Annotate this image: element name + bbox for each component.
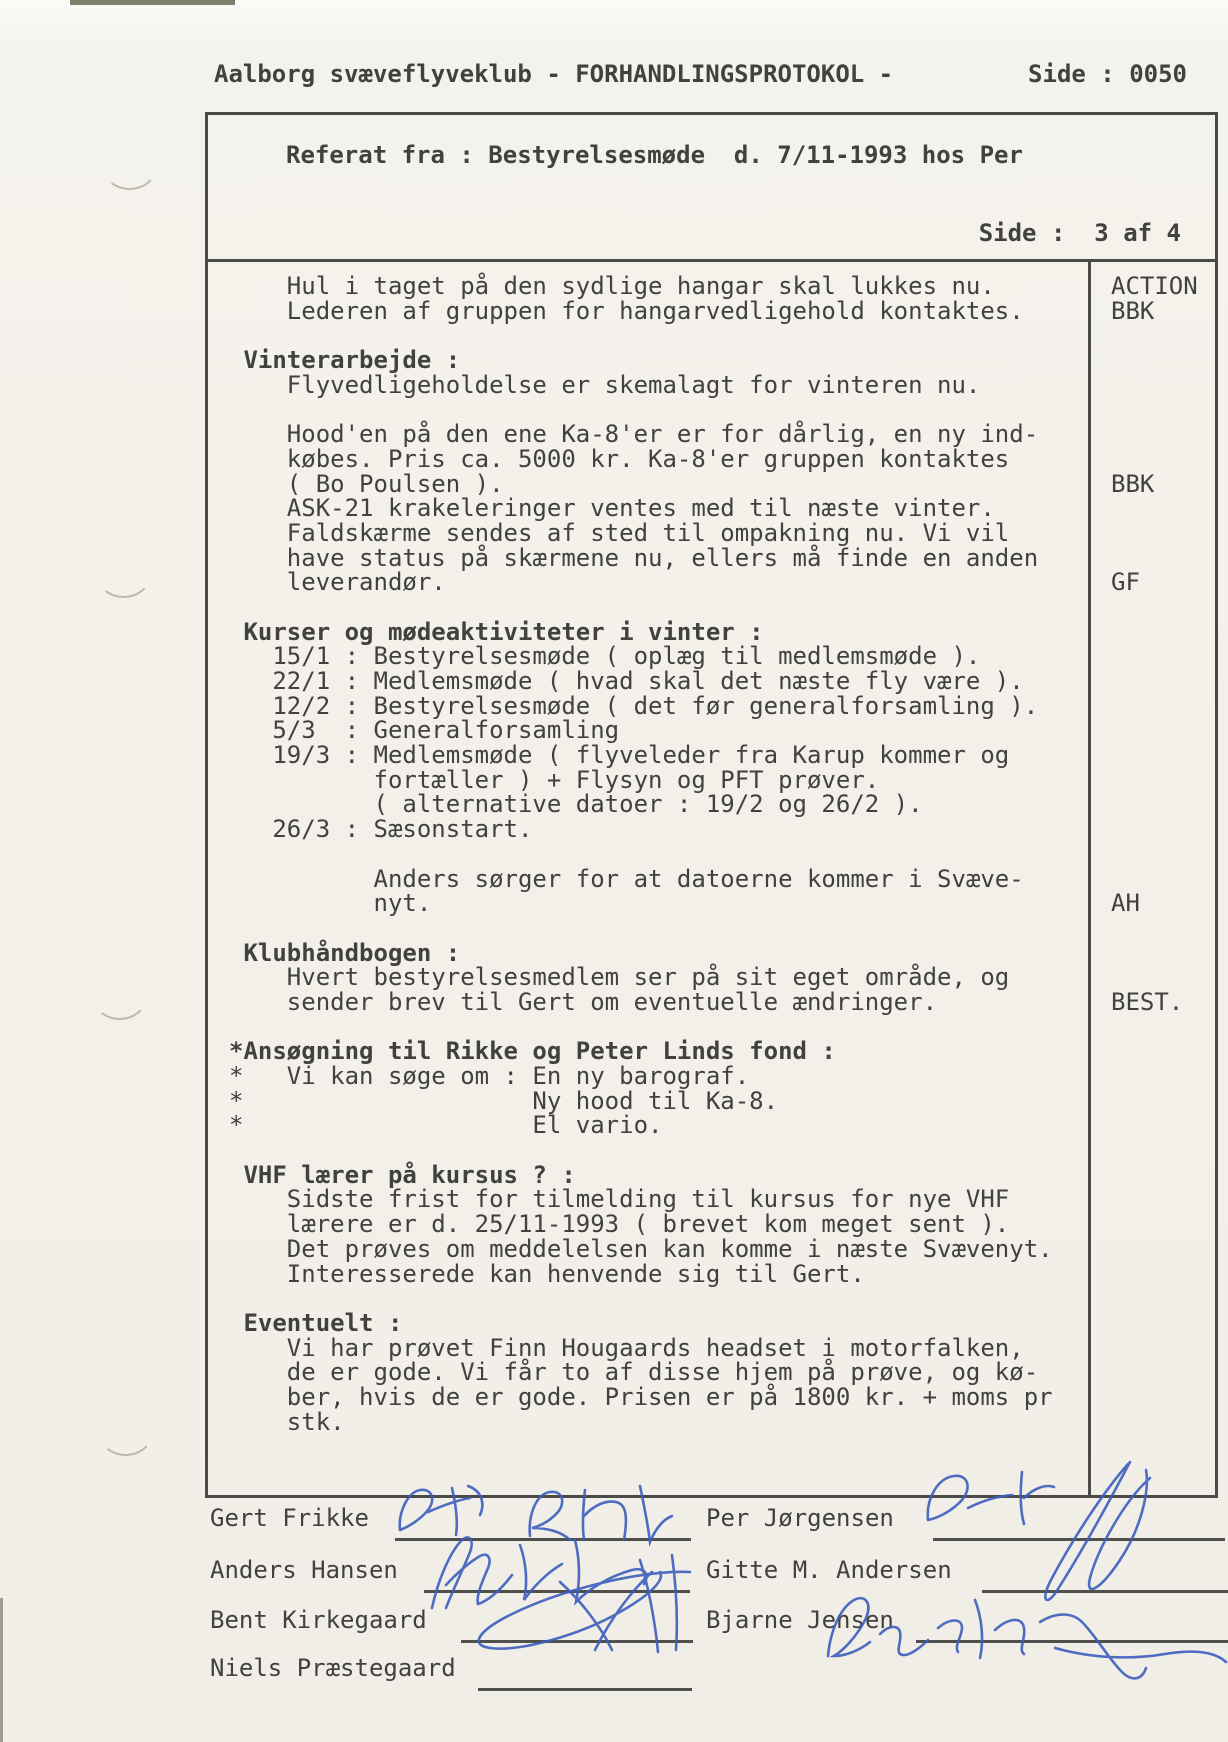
minutes-line: ( Bo Poulsen ).BBK [208, 470, 1215, 495]
minutes-line: 5/3 : Generalforsamling [208, 716, 1215, 741]
scan-artifact-left-edge [0, 1598, 3, 1742]
minutes-line [208, 1284, 1215, 1309]
minutes-line: 12/2 : Bestyrelsesmøde ( det før general… [208, 692, 1215, 717]
minutes-line: ( alternative datoer : 19/2 og 26/2 ). [208, 790, 1215, 815]
minutes-line: stk. [208, 1408, 1215, 1433]
minutes-line: de er gode. Vi får to af disse hjem på p… [208, 1358, 1215, 1383]
signature-label-niels-pr-stegaard: Niels Præstegaard [210, 1654, 456, 1682]
minutes-line [208, 321, 1215, 346]
minutes-line-text: stk. [229, 1408, 345, 1436]
minutes-line: Eventuelt : [208, 1309, 1215, 1334]
minutes-line: 19/3 : Medlemsmøde ( flyveleder fra Karu… [208, 741, 1215, 766]
protocol-page-number: Side : 0050 [1028, 60, 1187, 88]
minutes-line: Anders sørger for at datoerne kommer i S… [208, 865, 1215, 890]
hole-punch-mark [90, 968, 149, 1022]
minutes-line: sender brev til Gert om eventuelle ændri… [208, 988, 1215, 1013]
minutes-line: 22/1 : Medlemsmøde ( hvad skal det næste… [208, 667, 1215, 692]
minutes-line [208, 1136, 1215, 1161]
minutes-line: Hvert bestyrelsesmedlem ser på sit eget … [208, 963, 1215, 988]
minutes-line: Vi har prøvet Finn Hougaards headset i m… [208, 1334, 1215, 1359]
minutes-line: have status på skærmene nu, ellers må fi… [208, 544, 1215, 569]
signature-bent-kirkegaard [479, 1555, 690, 1652]
hole-punch-mark [94, 546, 153, 600]
signature-anders-hansen [432, 1537, 646, 1608]
minutes-line: Kurser og mødeaktiviteter i vinter : [208, 618, 1215, 643]
minutes-line: Hul i taget på den sydlige hangar skal l… [208, 272, 1215, 297]
minutes-line: Interesserede kan henvende sig til Gert. [208, 1260, 1215, 1285]
signature-line [478, 1688, 692, 1691]
signature-line [916, 1640, 1228, 1643]
signature-line [424, 1590, 690, 1593]
minutes-line: leverandør.GF [208, 568, 1215, 593]
minutes-line: Lederen af gruppen for hangarvedligehold… [208, 297, 1215, 322]
signature-line [933, 1538, 1225, 1541]
minutes-line: fortæller ) + Flysyn og PFT prøver. [208, 766, 1215, 791]
minutes-line: Faldskærme sendes af sted til ompakning … [208, 519, 1215, 544]
minutes-line [208, 914, 1215, 939]
minutes-line [208, 593, 1215, 618]
minutes-line: 26/3 : Sæsonstart. [208, 815, 1215, 840]
minutes-line: lærere er d. 25/11-1993 ( brevet kom meg… [208, 1210, 1215, 1235]
minutes-line: Vinterarbejde : [208, 346, 1215, 371]
minutes-line: * Vi kan søge om : En ny barograf. [208, 1062, 1215, 1087]
minutes-line: Klubhåndbogen : [208, 939, 1215, 964]
hole-punch-mark [100, 138, 159, 192]
minutes-line: * El vario. [208, 1111, 1215, 1136]
signature-line [982, 1590, 1228, 1593]
minutes-lines: Hul i taget på den sydlige hangar skal l… [208, 272, 1215, 1432]
signature-label-bent-kirkegaard: Bent Kirkegaard [210, 1606, 427, 1634]
minutes-line: *Ansøgning til Rikke og Peter Linds fond… [208, 1037, 1215, 1062]
scan-artifact-top [70, 0, 235, 5]
minutes-line: 15/1 : Bestyrelsesmøde ( oplæg til medle… [208, 642, 1215, 667]
signature-line [461, 1640, 693, 1643]
minutes-line: Hood'en på den ene Ka-8'er er for dårlig… [208, 420, 1215, 445]
club-protocol-title: Aalborg svæveflyveklub - FORHANDLINGSPRO… [214, 60, 893, 88]
signature-label-gitte-m-andersen: Gitte M. Andersen [706, 1556, 952, 1584]
meeting-page-indicator: Side : 3 af 4 [979, 219, 1181, 247]
signature-label-gert-frikke: Gert Frikke [210, 1504, 369, 1532]
minutes-line: Det prøves om meddelelsen kan komme i næ… [208, 1235, 1215, 1260]
signature-label-anders-hansen: Anders Hansen [210, 1556, 398, 1584]
meeting-info-box: Referat fra : Bestyrelsesmøde d. 7/11-19… [205, 112, 1218, 262]
minutes-content-box: Hul i taget på den sydlige hangar skal l… [205, 262, 1218, 1498]
signature-line [395, 1538, 691, 1541]
minutes-line: nyt.AH [208, 889, 1215, 914]
minutes-line: VHF lærer på kursus ? : [208, 1161, 1215, 1186]
minutes-line: købes. Pris ca. 5000 kr. Ka-8'er gruppen… [208, 445, 1215, 470]
signature-label-bjarne-jensen: Bjarne Jensen [706, 1606, 894, 1634]
minutes-line [208, 1013, 1215, 1038]
minutes-line: Sidste frist for tilmelding til kursus f… [208, 1185, 1215, 1210]
scanned-minutes-page: Aalborg svæveflyveklub - FORHANDLINGSPRO… [0, 0, 1228, 1742]
minutes-line: * Ny hood til Ka-8. [208, 1087, 1215, 1112]
minutes-line [208, 395, 1215, 420]
document-header: Aalborg svæveflyveklub - FORHANDLINGSPRO… [214, 60, 1187, 88]
minutes-line: ASK-21 krakeleringer ventes med til næst… [208, 494, 1215, 519]
meeting-title: Referat fra : Bestyrelsesmøde d. 7/11-19… [286, 141, 1023, 169]
minutes-line: ber, hvis de er gode. Prisen er på 1800 … [208, 1383, 1215, 1408]
hole-punch-mark [96, 1404, 155, 1458]
minutes-line: Flyvedligeholdelse er skemalagt for vint… [208, 371, 1215, 396]
minutes-line [208, 840, 1215, 865]
signature-label-per-j-rgensen: Per Jørgensen [706, 1504, 894, 1532]
